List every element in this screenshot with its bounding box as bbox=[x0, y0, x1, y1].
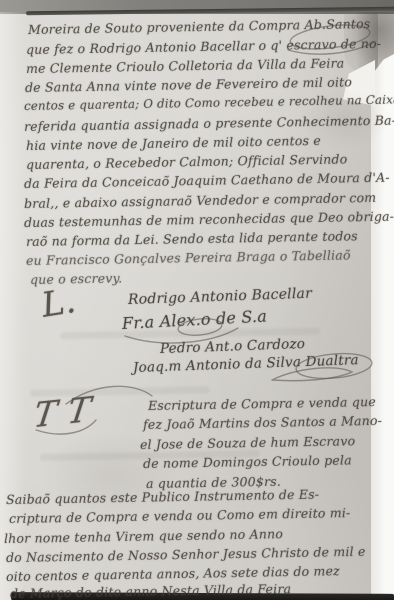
margin-flourish-mark: L. bbox=[39, 281, 79, 326]
right-white-strip bbox=[371, 54, 394, 600]
manuscript-scan-page: Moreira de Souto proveniente da Compra A… bbox=[0, 0, 394, 600]
section-flourish-mark: T T bbox=[31, 390, 93, 437]
